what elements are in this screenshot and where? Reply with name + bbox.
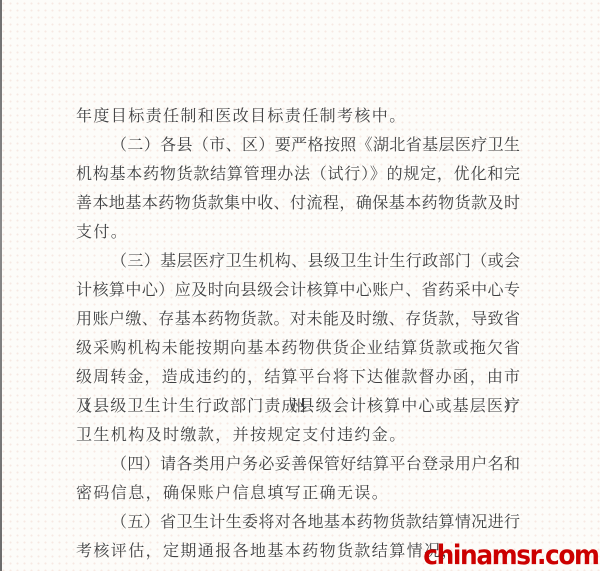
- text-line: 年度目标责任制和医改目标责任制考核中。: [76, 101, 520, 130]
- text-line: 机构基本药物货款结算管理办法（试行）》的规定，优化和完: [76, 159, 520, 188]
- text-line: 密码信息，确保账户信息填写正确无误。: [76, 478, 520, 507]
- text-line: （二）各县（市、区）要严格按照《湖北省基层医疗卫生: [76, 130, 520, 159]
- text-line: （四）请各类用户务必妥善保管好结算平台登录用户名和: [76, 449, 520, 478]
- text-line: 级周转金，造成违约的，结算平台将下达催款督办函，由市（州）: [76, 362, 520, 391]
- text-line: 用账户缴、存基本药物货款。对未能及时缴、存货款，导致省: [76, 304, 520, 333]
- text-line: 卫生机构及时缴款，并按规定支付违约金。: [76, 420, 520, 449]
- page-left-edge-line: [0, 0, 2, 571]
- text-line: 及县级卫生计生行政部门责成县级会计核算中心或基层医疗: [76, 391, 520, 420]
- text-line: （五）省卫生计生委将对各地基本药物货款结算情况进行: [76, 507, 520, 536]
- text-line: 支付。: [76, 217, 520, 246]
- document-text-block: 年度目标责任制和医改目标责任制考核中。（二）各县（市、区）要严格按照《湖北省基层…: [76, 101, 520, 565]
- text-line: （三）基层医疗卫生机构、县级卫生计生行政部门（或会: [76, 246, 520, 275]
- text-line: 计核算中心）应及时向县级会计核算中心账户、省药采中心专: [76, 275, 520, 304]
- text-line: 善本地基本药物货款集中收、付流程，确保基本药物货款及时: [76, 188, 520, 217]
- watermark-text: chinamsr.com: [424, 542, 599, 569]
- text-line: 级采购机构未能按期向基本药物供货企业结算货款或拖欠省: [76, 333, 520, 362]
